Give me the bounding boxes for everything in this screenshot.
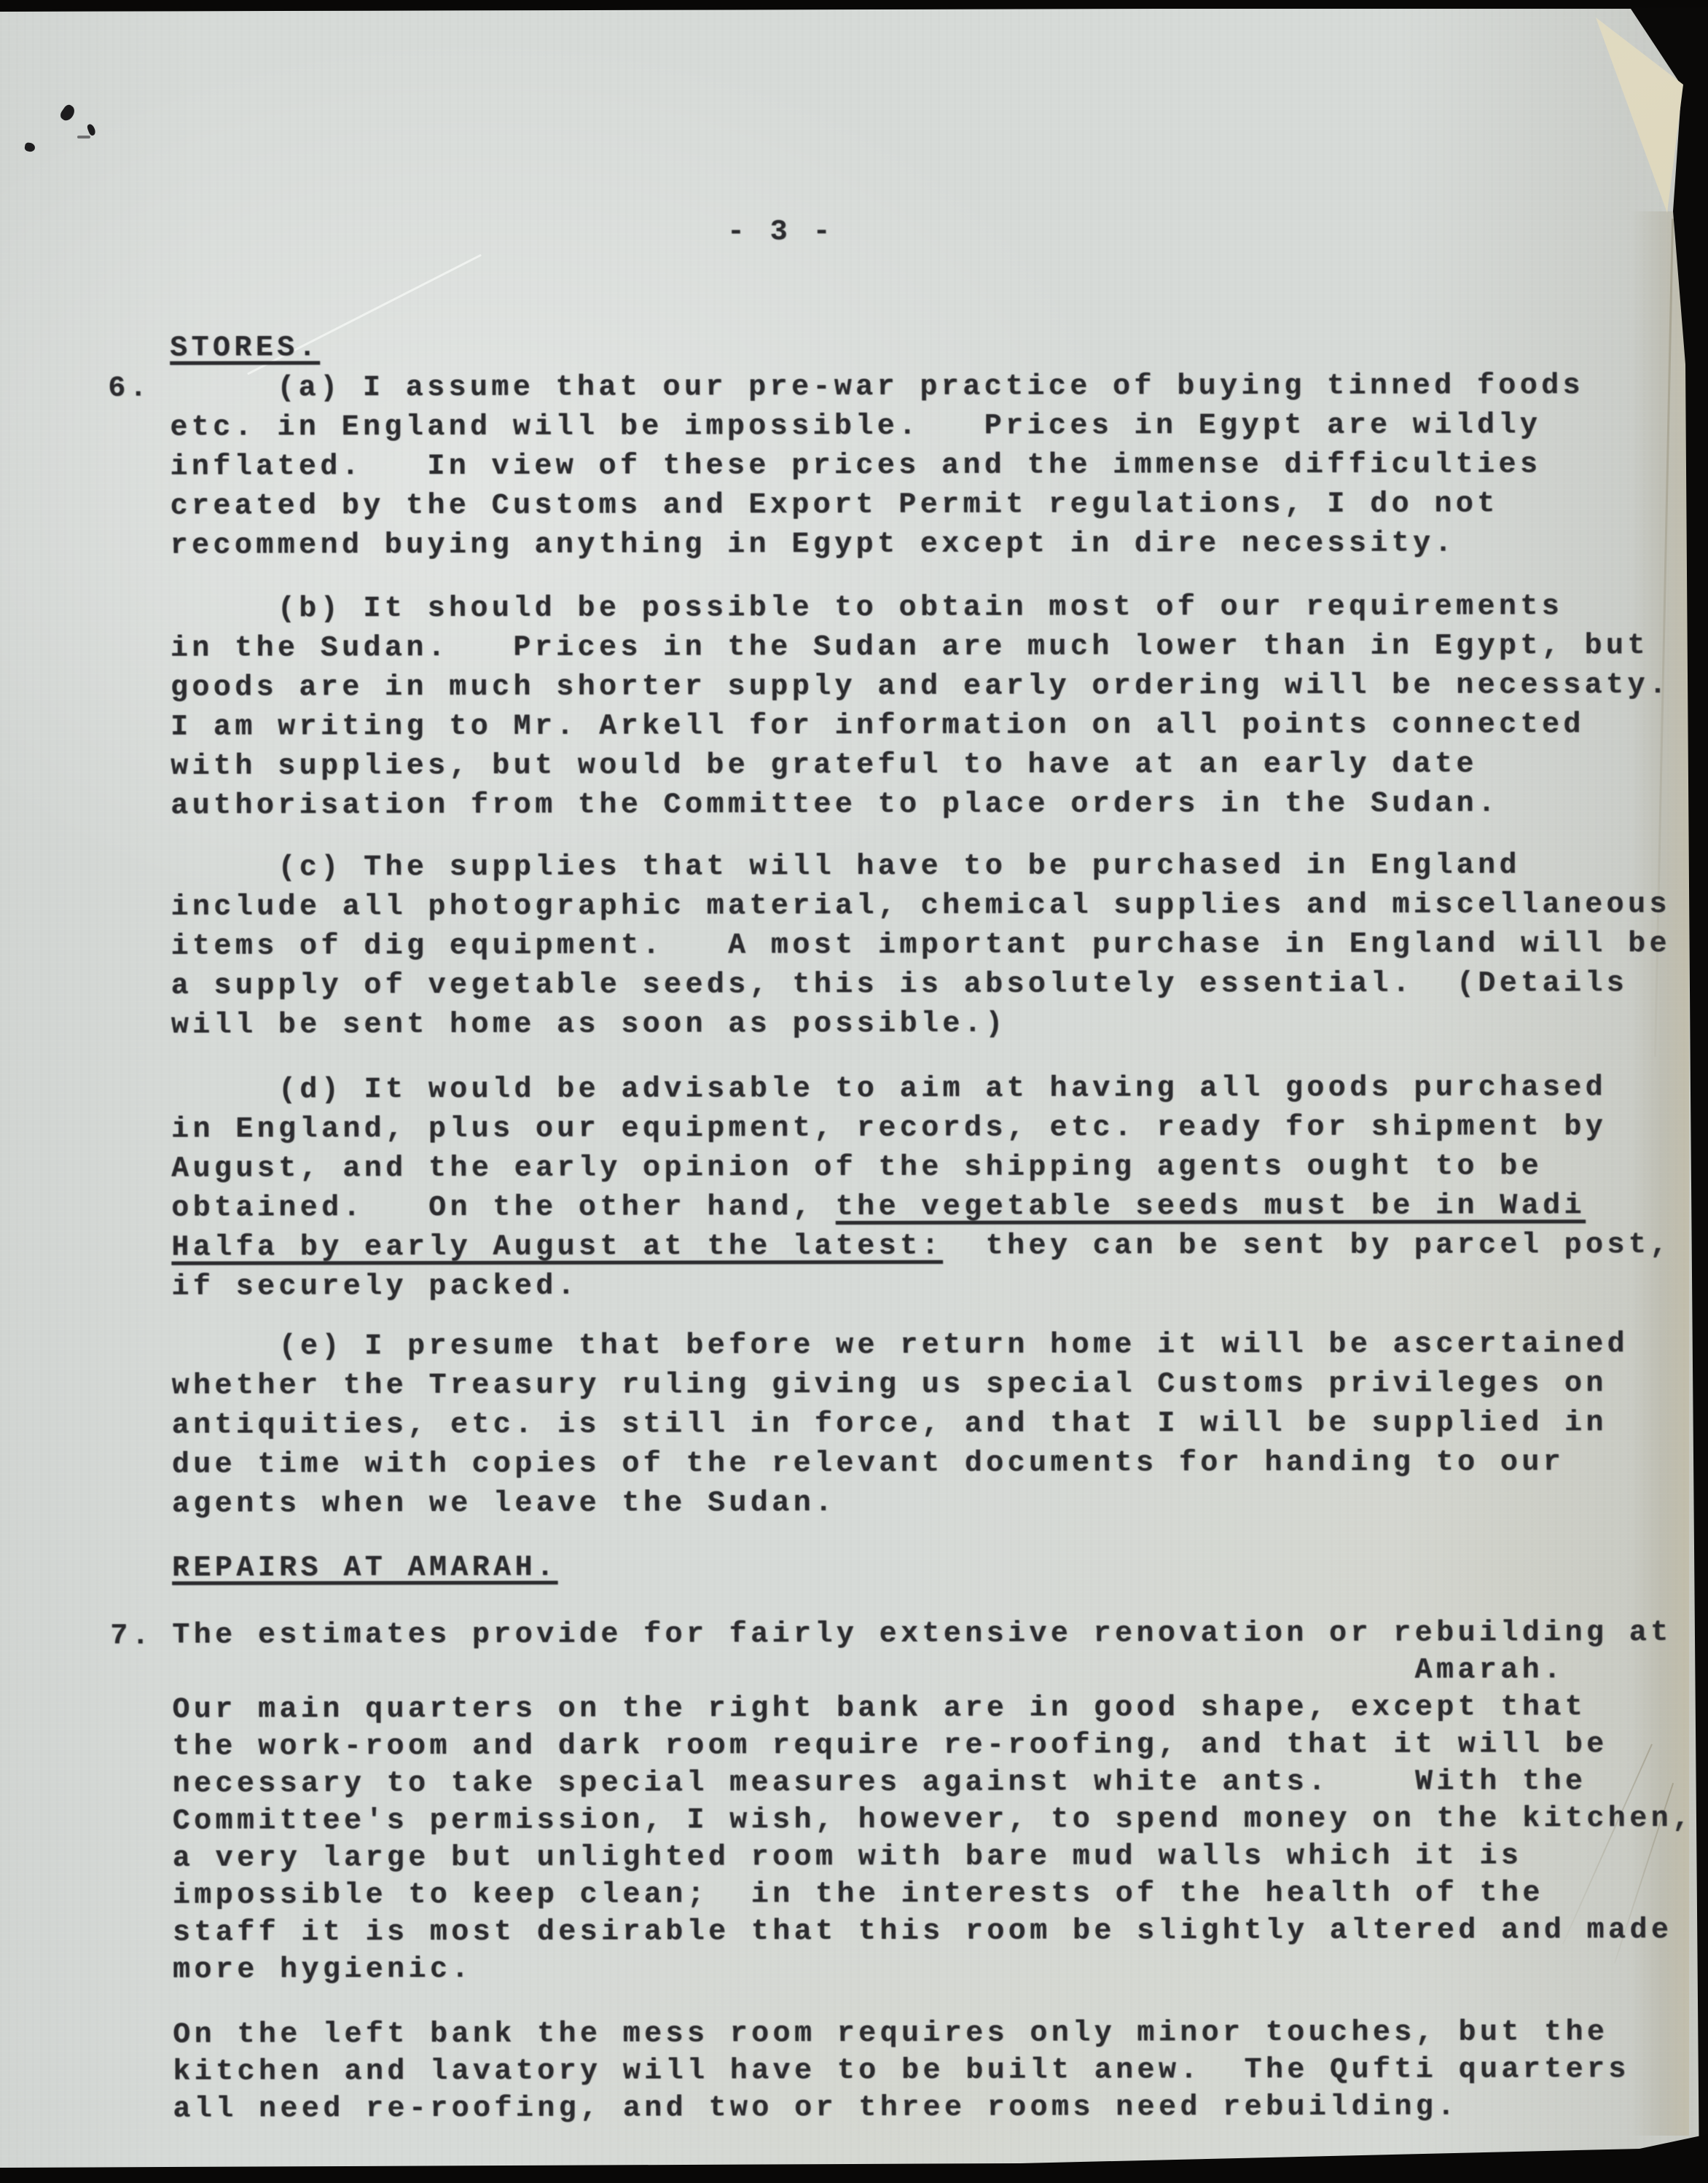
text-line: (b) It should be possible to obtain most… (171, 587, 1707, 630)
text-line: August, and the early opinion of the shi… (171, 1147, 1708, 1190)
text-line: kitchen and lavatory will have to be bui… (173, 2051, 1708, 2091)
text-segment: items of dig equipment. A most important… (171, 928, 1671, 964)
text-line: STORES. (170, 327, 1707, 369)
text-line: all need re-roofing, and two or three ro… (173, 2088, 1708, 2128)
text-segment: kitchen and lavatory will have to be bui… (173, 2053, 1630, 2088)
text-segment: (c) The supplies that will have to be pu… (171, 849, 1521, 884)
text-line: a supply of vegetable seeds, this is abs… (171, 964, 1708, 1007)
text-segment: The estimates provide for fairly extensi… (172, 1617, 1672, 1652)
text-segment: staff it is most desirable that this roo… (173, 1914, 1672, 1950)
underlined-text-segment: STORES. (170, 332, 320, 364)
text-line: more hygienic. (173, 1949, 1708, 1989)
text-line: (c) The supplies that will have to be pu… (171, 846, 1707, 889)
text-segment: in the Sudan. Prices in the Sudan are mu… (171, 630, 1649, 665)
text-segment: obtained. On the other hand, (171, 1191, 836, 1225)
text-segment: inflated. In view of these prices and th… (170, 448, 1541, 483)
paragraph-6b: (b) It should be possible to obtain most… (171, 587, 1708, 827)
text-line: staff it is most desirable that this roo… (173, 1912, 1708, 1952)
text-line: Committee's permission, I wish, however,… (173, 1800, 1708, 1840)
text-line: if securely packed. (171, 1265, 1708, 1308)
typewritten-text-layer: - 3 - STORES. 6. (a) I assume that our p… (0, 0, 1708, 2183)
text-segment: whether the Treasury ruling giving us sp… (172, 1367, 1607, 1402)
text-line: whether the Treasury ruling giving us sp… (172, 1364, 1708, 1407)
text-line: include all photographic material, chemi… (171, 886, 1708, 928)
text-segment: include all photographic material, chemi… (171, 889, 1671, 924)
paragraph-6a: 6. (a) I assume that our pre-war practic… (170, 367, 1707, 566)
text-line: in England, plus our equipment, records,… (171, 1108, 1708, 1150)
text-segment: a supply of vegetable seeds, this is abs… (171, 967, 1629, 1002)
text-line: the work-room and dark room require re-r… (173, 1726, 1708, 1766)
text-segment: I am writing to Mr. Arkell for informati… (171, 708, 1585, 743)
text-line: created by the Customs and Export Permit… (171, 485, 1707, 527)
text-line: (a) I assume that our pre-war practice o… (170, 367, 1707, 409)
text-line: Amarah. (172, 1652, 1708, 1692)
text-line: items of dig equipment. A most important… (171, 925, 1708, 967)
section-heading-stores: STORES. (170, 327, 1707, 369)
text-line: agents when we leave the Sudan. (172, 1483, 1708, 1525)
text-segment: recommend buying anything in Egypt excep… (171, 528, 1456, 563)
paragraph-6c: (c) The supplies that will have to be pu… (171, 846, 1707, 1046)
text-line: (e) I presume that before we return home… (172, 1325, 1708, 1367)
text-line: necessary to take special measures again… (173, 1763, 1708, 1803)
text-segment: antiquities, etc. is still in force, and… (172, 1407, 1607, 1442)
text-segment: goods are in much shorter supply and ear… (171, 669, 1670, 705)
text-segment: due time with copies of the relevant doc… (172, 1446, 1564, 1481)
text-line: in the Sudan. Prices in the Sudan are mu… (171, 627, 1707, 669)
text-segment: more hygienic. (173, 1953, 473, 1987)
text-line: The estimates provide for fairly extensi… (172, 1614, 1708, 1655)
text-segment: (a) I assume that our pre-war practice o… (170, 370, 1584, 405)
text-line: Our main quarters on the right bank are … (172, 1689, 1708, 1729)
underlined-text-segment: the vegetable seeds must be in Wadi (836, 1190, 1586, 1224)
text-segment: (e) I presume that before we return home… (172, 1328, 1629, 1363)
text-line: obtained. On the other hand, the vegetab… (171, 1187, 1708, 1229)
paragraph-7: 7.The estimates provide for fairly exten… (172, 1614, 1708, 1989)
text-line: inflated. In view of these prices and th… (170, 445, 1707, 488)
text-segment: will be sent home as soon as possible.) (171, 1008, 1007, 1042)
text-segment: in England, plus our equipment, records,… (171, 1111, 1607, 1146)
text-line: will be sent home as soon as possible.) (171, 1004, 1708, 1046)
text-segment: a very large but unlighted room with bar… (173, 1840, 1523, 1875)
text-line: goods are in much shorter supply and ear… (171, 666, 1707, 708)
paragraph-number: 6. (108, 370, 151, 409)
text-segment: all need re-roofing, and two or three ro… (173, 2091, 1458, 2126)
paragraph-6e: (e) I presume that before we return home… (172, 1325, 1708, 1525)
text-line: with supplies, but would be grateful to … (171, 745, 1707, 787)
paragraph-number: 7. (110, 1617, 153, 1657)
text-line: impossible to keep clean; in the interes… (173, 1875, 1708, 1915)
text-segment: Committee's permission, I wish, however,… (173, 1803, 1694, 1838)
text-line: On the left bank the mess room requires … (173, 2014, 1708, 2054)
text-segment: etc. in England will be impossible. Pric… (170, 409, 1541, 444)
text-line: due time with copies of the relevant doc… (172, 1443, 1708, 1485)
text-segment: agents when we leave the Sudan. (172, 1487, 837, 1521)
text-segment: Our main quarters on the right bank are … (172, 1691, 1586, 1726)
text-segment: Amarah. (1415, 1654, 1565, 1687)
section-heading-repairs: REPAIRS AT AMARAH. (172, 1547, 1708, 1589)
paragraph-6d: (d) It would be advisable to aim at havi… (171, 1069, 1708, 1308)
text-segment: they can be sent by parcel post, (943, 1229, 1672, 1263)
text-segment: the work-room and dark room require re-r… (173, 1728, 1608, 1763)
text-line: recommend buying anything in Egypt excep… (171, 524, 1707, 566)
text-segment: with supplies, but would be grateful to … (171, 749, 1478, 784)
text-segment: authorisation from the Committee to plac… (171, 787, 1499, 822)
text-line: (d) It would be advisable to aim at havi… (171, 1069, 1708, 1111)
underlined-text-segment: Halfa by early August at the latest: (171, 1230, 943, 1265)
text-segment: On the left bank the mess room requires … (173, 2016, 1608, 2051)
text-line: a very large but unlighted room with bar… (173, 1838, 1708, 1878)
paragraph-left-bank: On the left bank the mess room requires … (173, 2014, 1708, 2128)
text-line: I am writing to Mr. Arkell for informati… (171, 706, 1707, 748)
text-segment: impossible to keep clean; in the interes… (173, 1877, 1544, 1912)
text-segment: if securely packed. (171, 1270, 579, 1304)
text-segment: necessary to take special measures again… (173, 1765, 1587, 1800)
text-line: antiquities, etc. is still in force, and… (172, 1404, 1708, 1446)
text-line: REPAIRS AT AMARAH. (172, 1547, 1708, 1589)
page-number: - 3 - (727, 213, 834, 252)
text-line: Halfa by early August at the latest: the… (171, 1226, 1708, 1268)
text-line: etc. in England will be impossible. Pric… (170, 406, 1707, 448)
underlined-text-segment: REPAIRS AT AMARAH. (172, 1552, 557, 1585)
text-segment: (b) It should be possible to obtain most… (171, 590, 1563, 625)
text-segment: August, and the early opinion of the shi… (171, 1150, 1543, 1185)
text-segment: (d) It would be advisable to aim at havi… (171, 1071, 1607, 1106)
text-segment: created by the Customs and Export Permit… (171, 488, 1499, 523)
text-line: authorisation from the Committee to plac… (171, 784, 1707, 827)
scanned-document-page: { "page": { "number_label": "- 3 -" }, "… (0, 0, 1708, 2183)
